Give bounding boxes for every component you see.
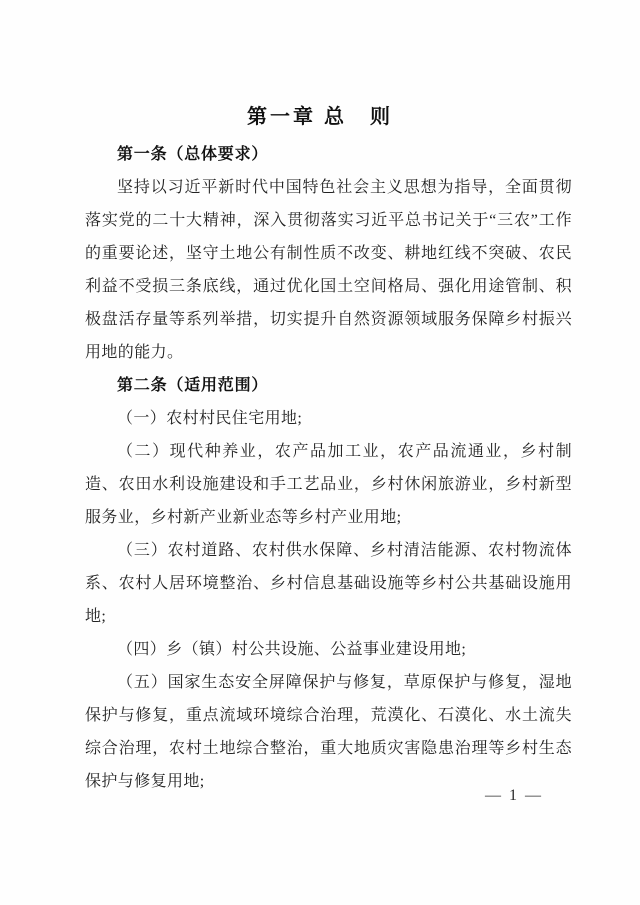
scope-item-5: （五）国家生态安全屏障保护与修复，草原保护与修复，湿地保护与修复，重点流域环境综… — [85, 666, 572, 798]
scope-item-3: （三）农村道路、农村供水保障、乡村清洁能源、农村物流体系、农村人居环境整治、乡村… — [85, 534, 572, 633]
article-1-heading: 第一条（总体要求） — [85, 138, 572, 171]
scope-item-1: （一）农村村民住宅用地; — [85, 402, 572, 435]
article-1-paragraph: 坚持以习近平新时代中国特色社会主义思想为指导，全面贯彻落实党的二十大精神，深入贯… — [85, 171, 572, 369]
scope-item-2: （二）现代种养业，农产品加工业，农产品流通业，乡村制造、农田水利设施建设和手工艺… — [85, 435, 572, 534]
scope-item-4: （四）乡（镇）村公共设施、公益事业建设用地; — [85, 633, 572, 666]
document-body: 第一条（总体要求） 坚持以习近平新时代中国特色社会主义思想为指导，全面贯彻落实党… — [85, 138, 572, 798]
page-number: — 1 — — [485, 787, 543, 805]
article-2-heading: 第二条（适用范围） — [85, 369, 572, 402]
chapter-title: 第一章 总 则 — [0, 100, 640, 129]
document-page: 第一章 总 则 第一条（总体要求） 坚持以习近平新时代中国特色社会主义思想为指导… — [0, 0, 640, 905]
